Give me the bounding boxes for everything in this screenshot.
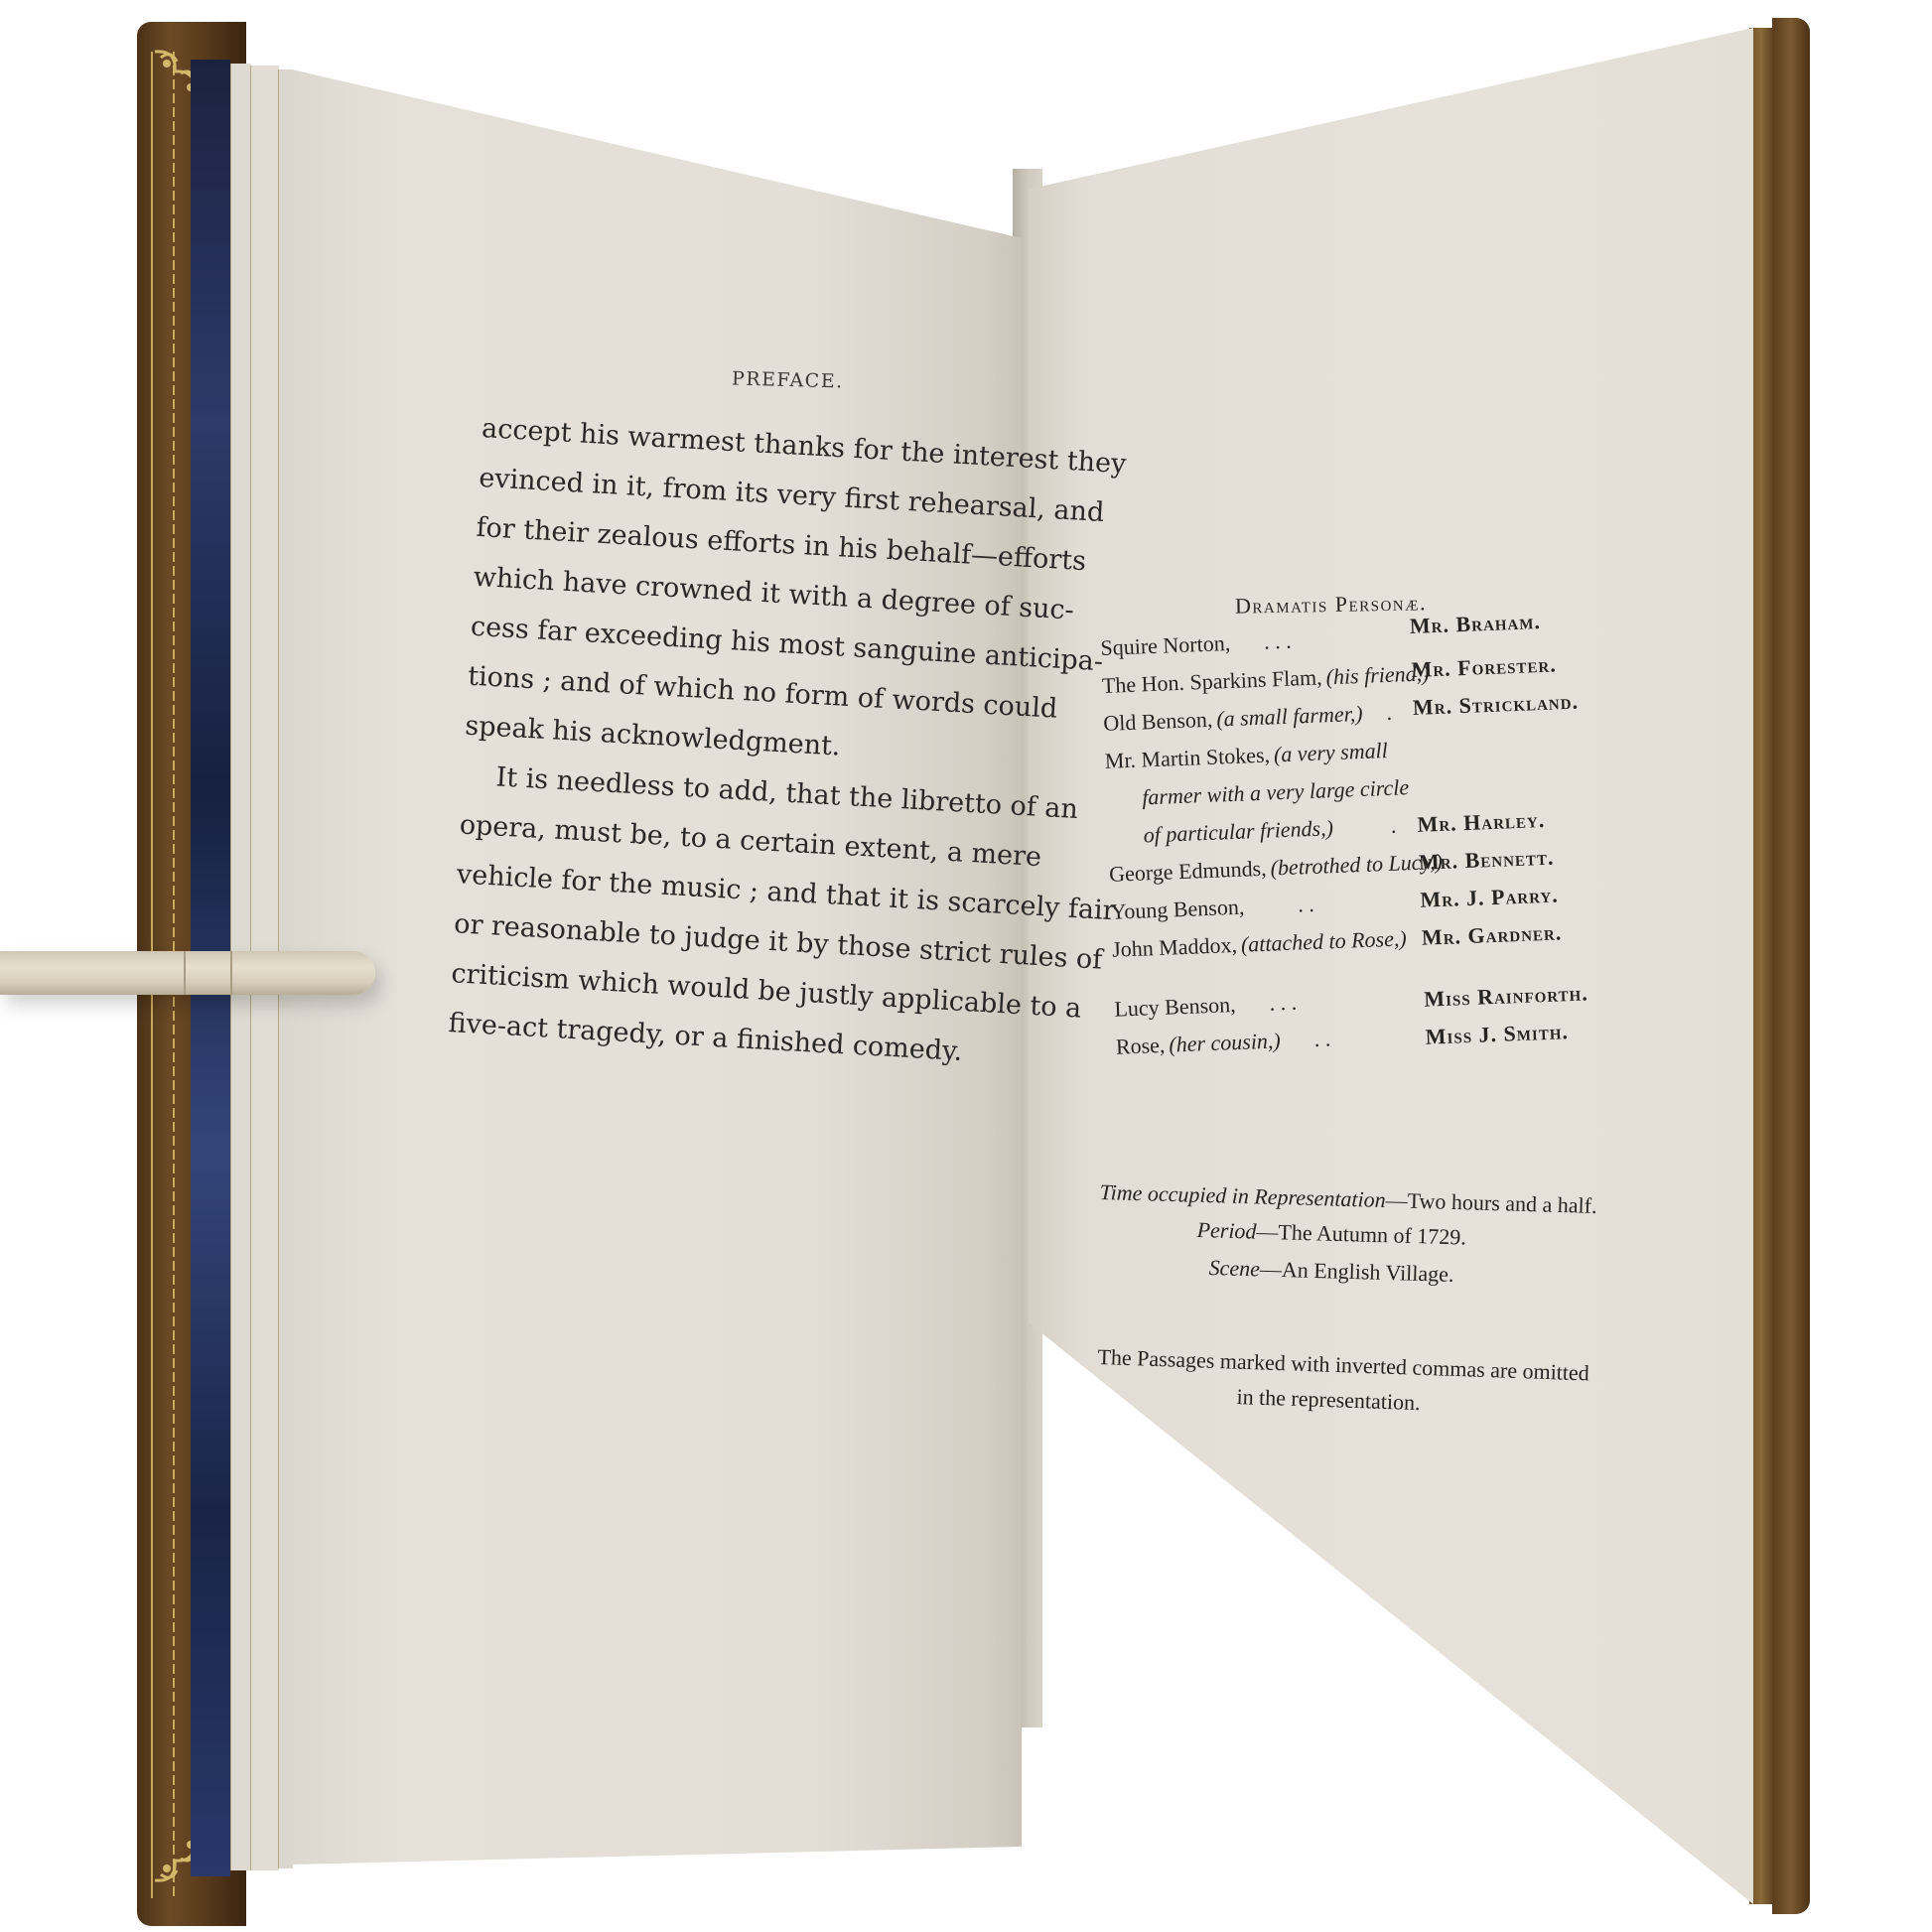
cast-actor: Mr. Braham. xyxy=(1409,609,1541,639)
cast-role: John Maddox, xyxy=(1112,932,1238,962)
leader-dots: . . . xyxy=(1269,990,1297,1016)
cast-actor: Miss Rainforth. xyxy=(1424,980,1588,1012)
cast-note: (a small farmer,) xyxy=(1216,701,1363,732)
text-line: vehicle for the music ; and that it is s… xyxy=(456,861,993,917)
leader-dots: . xyxy=(1390,813,1396,838)
cast-actor: Mr. J. Parry. xyxy=(1420,882,1559,912)
cast-role: Lucy Benson, xyxy=(1114,992,1236,1022)
leader-dots: . xyxy=(1386,700,1392,725)
bookmark-ring xyxy=(184,951,186,995)
text-line: evinced in it, from its very first rehea… xyxy=(479,465,1016,521)
text-line: which have crowned it with a degree of s… xyxy=(473,564,1010,621)
period-label: Period xyxy=(1196,1217,1257,1244)
preface-text-block: accept his warmest thanks for the intere… xyxy=(448,415,1018,1066)
dramatis-personae-heading: Dramatis Personæ. xyxy=(1235,590,1427,619)
text-line: opera, must be, to a certain extent, a m… xyxy=(459,811,996,868)
text-line: for their zealous efforts in his behalf—… xyxy=(476,514,1013,571)
cast-actor: Miss J. Smith. xyxy=(1425,1019,1569,1050)
cast-list: Squire Norton, . . . Mr. Braham. The Hon… xyxy=(1100,616,1633,1072)
text-line: tions ; and of which no form of words co… xyxy=(468,663,1005,720)
cast-actor: Mr. Strickland. xyxy=(1413,689,1580,721)
right-cover-board xyxy=(1772,18,1810,1914)
text-line: cess far exceeding his most sanguine ant… xyxy=(470,614,1007,670)
bone-folder-bookmark[interactable] xyxy=(0,951,375,995)
cast-actor: Mr. Harley. xyxy=(1417,807,1546,838)
cast-role: Old Benson, xyxy=(1103,707,1213,736)
running-head: PREFACE. xyxy=(732,368,844,393)
cast-note: (a very small xyxy=(1273,738,1388,766)
period-value: —The Autumn of 1729. xyxy=(1256,1219,1466,1250)
cast-actor: Mr. Gardner. xyxy=(1421,919,1562,950)
cast-role: Mr. Martin Stokes, xyxy=(1104,743,1270,773)
leader-dots: . . xyxy=(1298,892,1314,917)
scene-label: Scene xyxy=(1208,1255,1260,1281)
cast-note: (betrothed to Lucy,) xyxy=(1270,849,1443,881)
cast-role: Squire Norton, xyxy=(1100,630,1231,660)
leader-dots: . . . xyxy=(1264,628,1292,654)
leader-dots: . . xyxy=(1313,1026,1330,1051)
cast-actor: Mr. Bennett. xyxy=(1419,845,1555,876)
bookmark-ring xyxy=(230,951,232,995)
text-line: It is needless to add, that the libretto… xyxy=(462,761,999,818)
scene-value: —An English Village. xyxy=(1260,1256,1454,1286)
text-line: criticism which would be justly applicab… xyxy=(451,960,988,1017)
text-line: or reasonable to judge it by those stric… xyxy=(454,910,991,967)
cast-role: Rose, xyxy=(1115,1033,1165,1059)
cast-note: (her cousin,) xyxy=(1169,1028,1281,1056)
cast-role: George Edmunds, xyxy=(1109,856,1267,887)
cast-role: Young Benson, xyxy=(1110,895,1245,924)
time-value: —Two hours and a half. xyxy=(1385,1187,1597,1218)
cast-note: (attached to Rose,) xyxy=(1240,925,1407,956)
cast-actor: Mr. Forester. xyxy=(1411,651,1557,683)
text-line: speak his acknowledgment. xyxy=(465,713,1002,769)
